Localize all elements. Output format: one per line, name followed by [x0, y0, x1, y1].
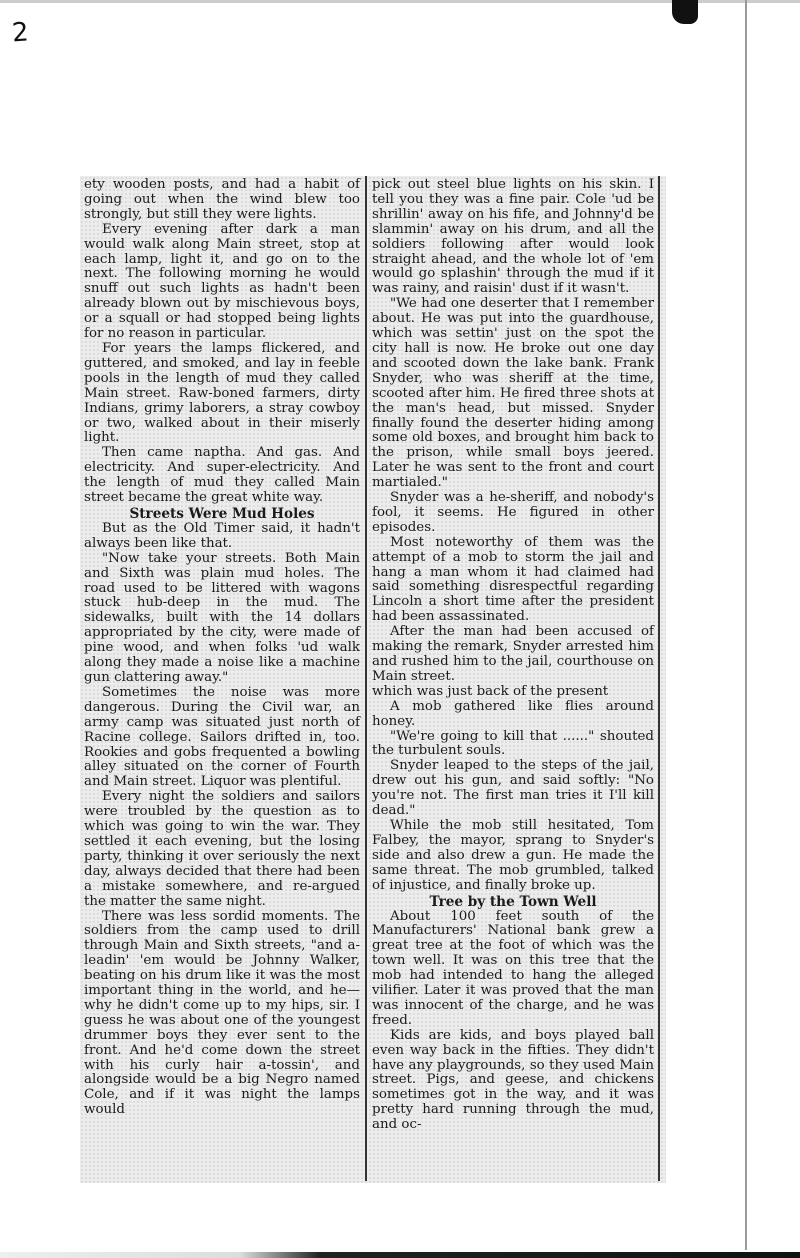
page-edge-line — [745, 0, 747, 1250]
article-paragraph: Snyder leaped to the steps of the jail, … — [372, 759, 654, 819]
article-paragraph: After the man had been accused of making… — [372, 625, 654, 685]
article-paragraph: Most noteworthy of them was the attempt … — [372, 536, 654, 625]
article-paragraph: About 100 feet south of the Manufacturer… — [372, 910, 654, 1029]
article-paragraph: Every night the soldiers and sailors wer… — [84, 790, 360, 909]
article-paragraph: ety wooden posts, and had a habit of goi… — [84, 178, 360, 223]
article-paragraph: "We had one deserter that I remember abo… — [372, 297, 654, 491]
article-column-right: pick out steel blue lights on his skin. … — [372, 178, 654, 1133]
handwritten-page-number: 2 — [11, 17, 30, 48]
article-column-left: ety wooden posts, and had a habit of goi… — [84, 178, 360, 1118]
article-paragraph: "We're going to kill that ......" shoute… — [372, 730, 654, 760]
article-paragraph: "Now take your streets. Both Main and Si… — [84, 552, 360, 686]
section-subheading: Tree by the Town Well — [372, 895, 654, 910]
article-paragraph: Kids are kids, and boys played ball even… — [372, 1029, 654, 1133]
ink-blot-mark — [672, 0, 698, 24]
article-paragraph: There was less sordid moments. The soldi… — [84, 910, 360, 1119]
article-paragraph: Sometimes the noise was more dangerous. … — [84, 686, 360, 790]
article-paragraph: Snyder was a he-sheriff, and nobody's fo… — [372, 491, 654, 536]
article-paragraph: pick out steel blue lights on his skin. … — [372, 178, 654, 297]
column-rule — [658, 176, 660, 1181]
newspaper-clipping: ety wooden posts, and had a habit of goi… — [80, 176, 666, 1183]
article-paragraph: which was just back of the present — [372, 685, 654, 700]
column-rule — [365, 176, 367, 1181]
article-paragraph: Then came naptha. And gas. And electrici… — [84, 446, 360, 506]
section-subheading: Streets Were Mud Holes — [84, 507, 360, 522]
article-paragraph: For years the lamps flickered, and gutte… — [84, 342, 360, 446]
article-paragraph: Every evening after dark a man would wal… — [84, 223, 360, 342]
article-paragraph: But as the Old Timer said, it hadn't alw… — [84, 522, 360, 552]
scan-bottom-edge — [0, 1252, 800, 1258]
article-paragraph: A mob gathered like flies around honey. — [372, 700, 654, 730]
article-paragraph: While the mob still hesitated, Tom Falbe… — [372, 819, 654, 894]
